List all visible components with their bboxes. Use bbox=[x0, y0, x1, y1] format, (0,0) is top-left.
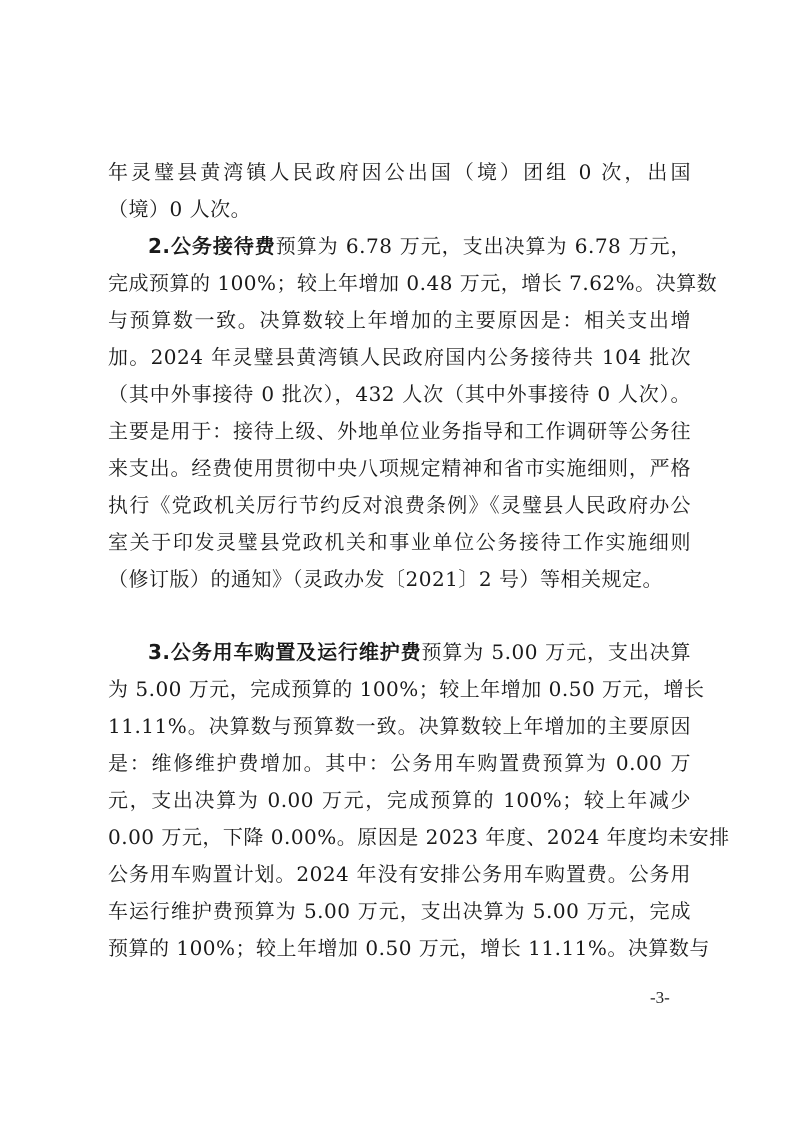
text-line: 元，支出决算为 0.00 万元，完成预算的 100%；较上年减少 bbox=[108, 785, 691, 815]
text-line: 室关于印发灵璧县党政机关和事业单位公务接待工作实施细则 bbox=[108, 527, 691, 557]
text-line: 2.公务接待费预算为 6.78 万元，支出决算为 6.78 万元， bbox=[148, 231, 691, 261]
line-text: 预算为 6.78 万元，支出决算为 6.78 万元， bbox=[276, 234, 691, 258]
line-text: 执行《党政机关厉行节约反对浪费条例》《灵璧县人民政府办公 bbox=[108, 493, 691, 517]
line-text: 公务用车购置计划。2024 年没有安排公务用车购置费。公务用 bbox=[108, 862, 691, 886]
line-text: 车运行维护费预算为 5.00 万元，支出决算为 5.00 万元，完成 bbox=[108, 899, 691, 923]
line-text: 11.11%。决算数与预算数一致。决算数较上年增加的主要原因 bbox=[108, 714, 691, 738]
text-line: 加。2024 年灵璧县黄湾镇人民政府国内公务接待共 104 批次 bbox=[108, 342, 691, 372]
line-text: 与预算数一致。决算数较上年增加的主要原因是：相关支出增 bbox=[108, 308, 691, 332]
text-line: 为 5.00 万元，完成预算的 100%；较上年增加 0.50 万元，增长 bbox=[108, 674, 691, 704]
line-text: （境）0 人次。 bbox=[108, 197, 251, 221]
text-line: 与预算数一致。决算数较上年增加的主要原因是：相关支出增 bbox=[108, 305, 691, 335]
page-number: -3- bbox=[650, 988, 670, 1008]
line-text: 来支出。经费使用贯彻中央八项规定精神和省市实施细则，严格 bbox=[108, 456, 691, 480]
text-line: （修订版）的通知》（灵政办发〔2021〕2 号）等相关规定。 bbox=[108, 564, 691, 594]
text-line: 执行《党政机关厉行节约反对浪费条例》《灵璧县人民政府办公 bbox=[108, 490, 691, 520]
text-line: （境）0 人次。 bbox=[108, 194, 691, 224]
line-text: （修订版）的通知》（灵政办发〔2021〕2 号）等相关规定。 bbox=[108, 567, 663, 591]
section-heading: 2.公务接待费 bbox=[148, 234, 276, 258]
line-text: 完成预算的 100%；较上年增加 0.48 万元，增长 7.62%。决算数 bbox=[108, 271, 717, 295]
line-text: 年灵璧县黄湾镇人民政府因公出国（境）团组 0 次，出国 bbox=[108, 160, 691, 184]
line-text: 主要是用于：接待上级、外地单位业务指导和工作调研等公务往 bbox=[108, 419, 691, 443]
text-line: 主要是用于：接待上级、外地单位业务指导和工作调研等公务往 bbox=[108, 416, 691, 446]
text-line: 预算的 100%；较上年增加 0.50 万元，增长 11.11%。决算数与 bbox=[108, 933, 691, 963]
line-text: 预算为 5.00 万元，支出决算 bbox=[422, 640, 691, 664]
text-line: 是：维修维护费增加。其中：公务用车购置费预算为 0.00 万 bbox=[108, 748, 691, 778]
document-page: 年灵璧县黄湾镇人民政府因公出国（境）团组 0 次，出国（境）0 人次。2.公务接… bbox=[0, 0, 793, 1122]
line-text: 元，支出决算为 0.00 万元，完成预算的 100%；较上年减少 bbox=[108, 788, 691, 812]
line-text: 预算的 100%；较上年增加 0.50 万元，增长 11.11%。决算数与 bbox=[108, 936, 710, 960]
text-line: 年灵璧县黄湾镇人民政府因公出国（境）团组 0 次，出国 bbox=[108, 157, 691, 187]
section-heading: 3.公务用车购置及运行维护费 bbox=[148, 640, 422, 664]
text-line: 11.11%。决算数与预算数一致。决算数较上年增加的主要原因 bbox=[108, 711, 691, 741]
line-text: 0.00 万元，下降 0.00%。原因是 2023 年度、2024 年度均未安排 bbox=[108, 825, 730, 849]
text-line: 公务用车购置计划。2024 年没有安排公务用车购置费。公务用 bbox=[108, 859, 691, 889]
text-line: （其中外事接待 0 批次），432 人次（其中外事接待 0 人次）。 bbox=[108, 379, 691, 409]
text-line: 3.公务用车购置及运行维护费预算为 5.00 万元，支出决算 bbox=[148, 637, 691, 667]
line-text: 为 5.00 万元，完成预算的 100%；较上年增加 0.50 万元，增长 bbox=[108, 677, 705, 701]
line-text: 是：维修维护费增加。其中：公务用车购置费预算为 0.00 万 bbox=[108, 751, 691, 775]
text-line: 车运行维护费预算为 5.00 万元，支出决算为 5.00 万元，完成 bbox=[108, 896, 691, 926]
line-text: （其中外事接待 0 批次），432 人次（其中外事接待 0 人次）。 bbox=[108, 382, 691, 406]
line-text: 加。2024 年灵璧县黄湾镇人民政府国内公务接待共 104 批次 bbox=[108, 345, 691, 369]
text-line: 来支出。经费使用贯彻中央八项规定精神和省市实施细则，严格 bbox=[108, 453, 691, 483]
text-line: 0.00 万元，下降 0.00%。原因是 2023 年度、2024 年度均未安排 bbox=[108, 822, 691, 852]
text-line: 完成预算的 100%；较上年增加 0.48 万元，增长 7.62%。决算数 bbox=[108, 268, 691, 298]
line-text: 室关于印发灵璧县党政机关和事业单位公务接待工作实施细则 bbox=[108, 530, 691, 554]
